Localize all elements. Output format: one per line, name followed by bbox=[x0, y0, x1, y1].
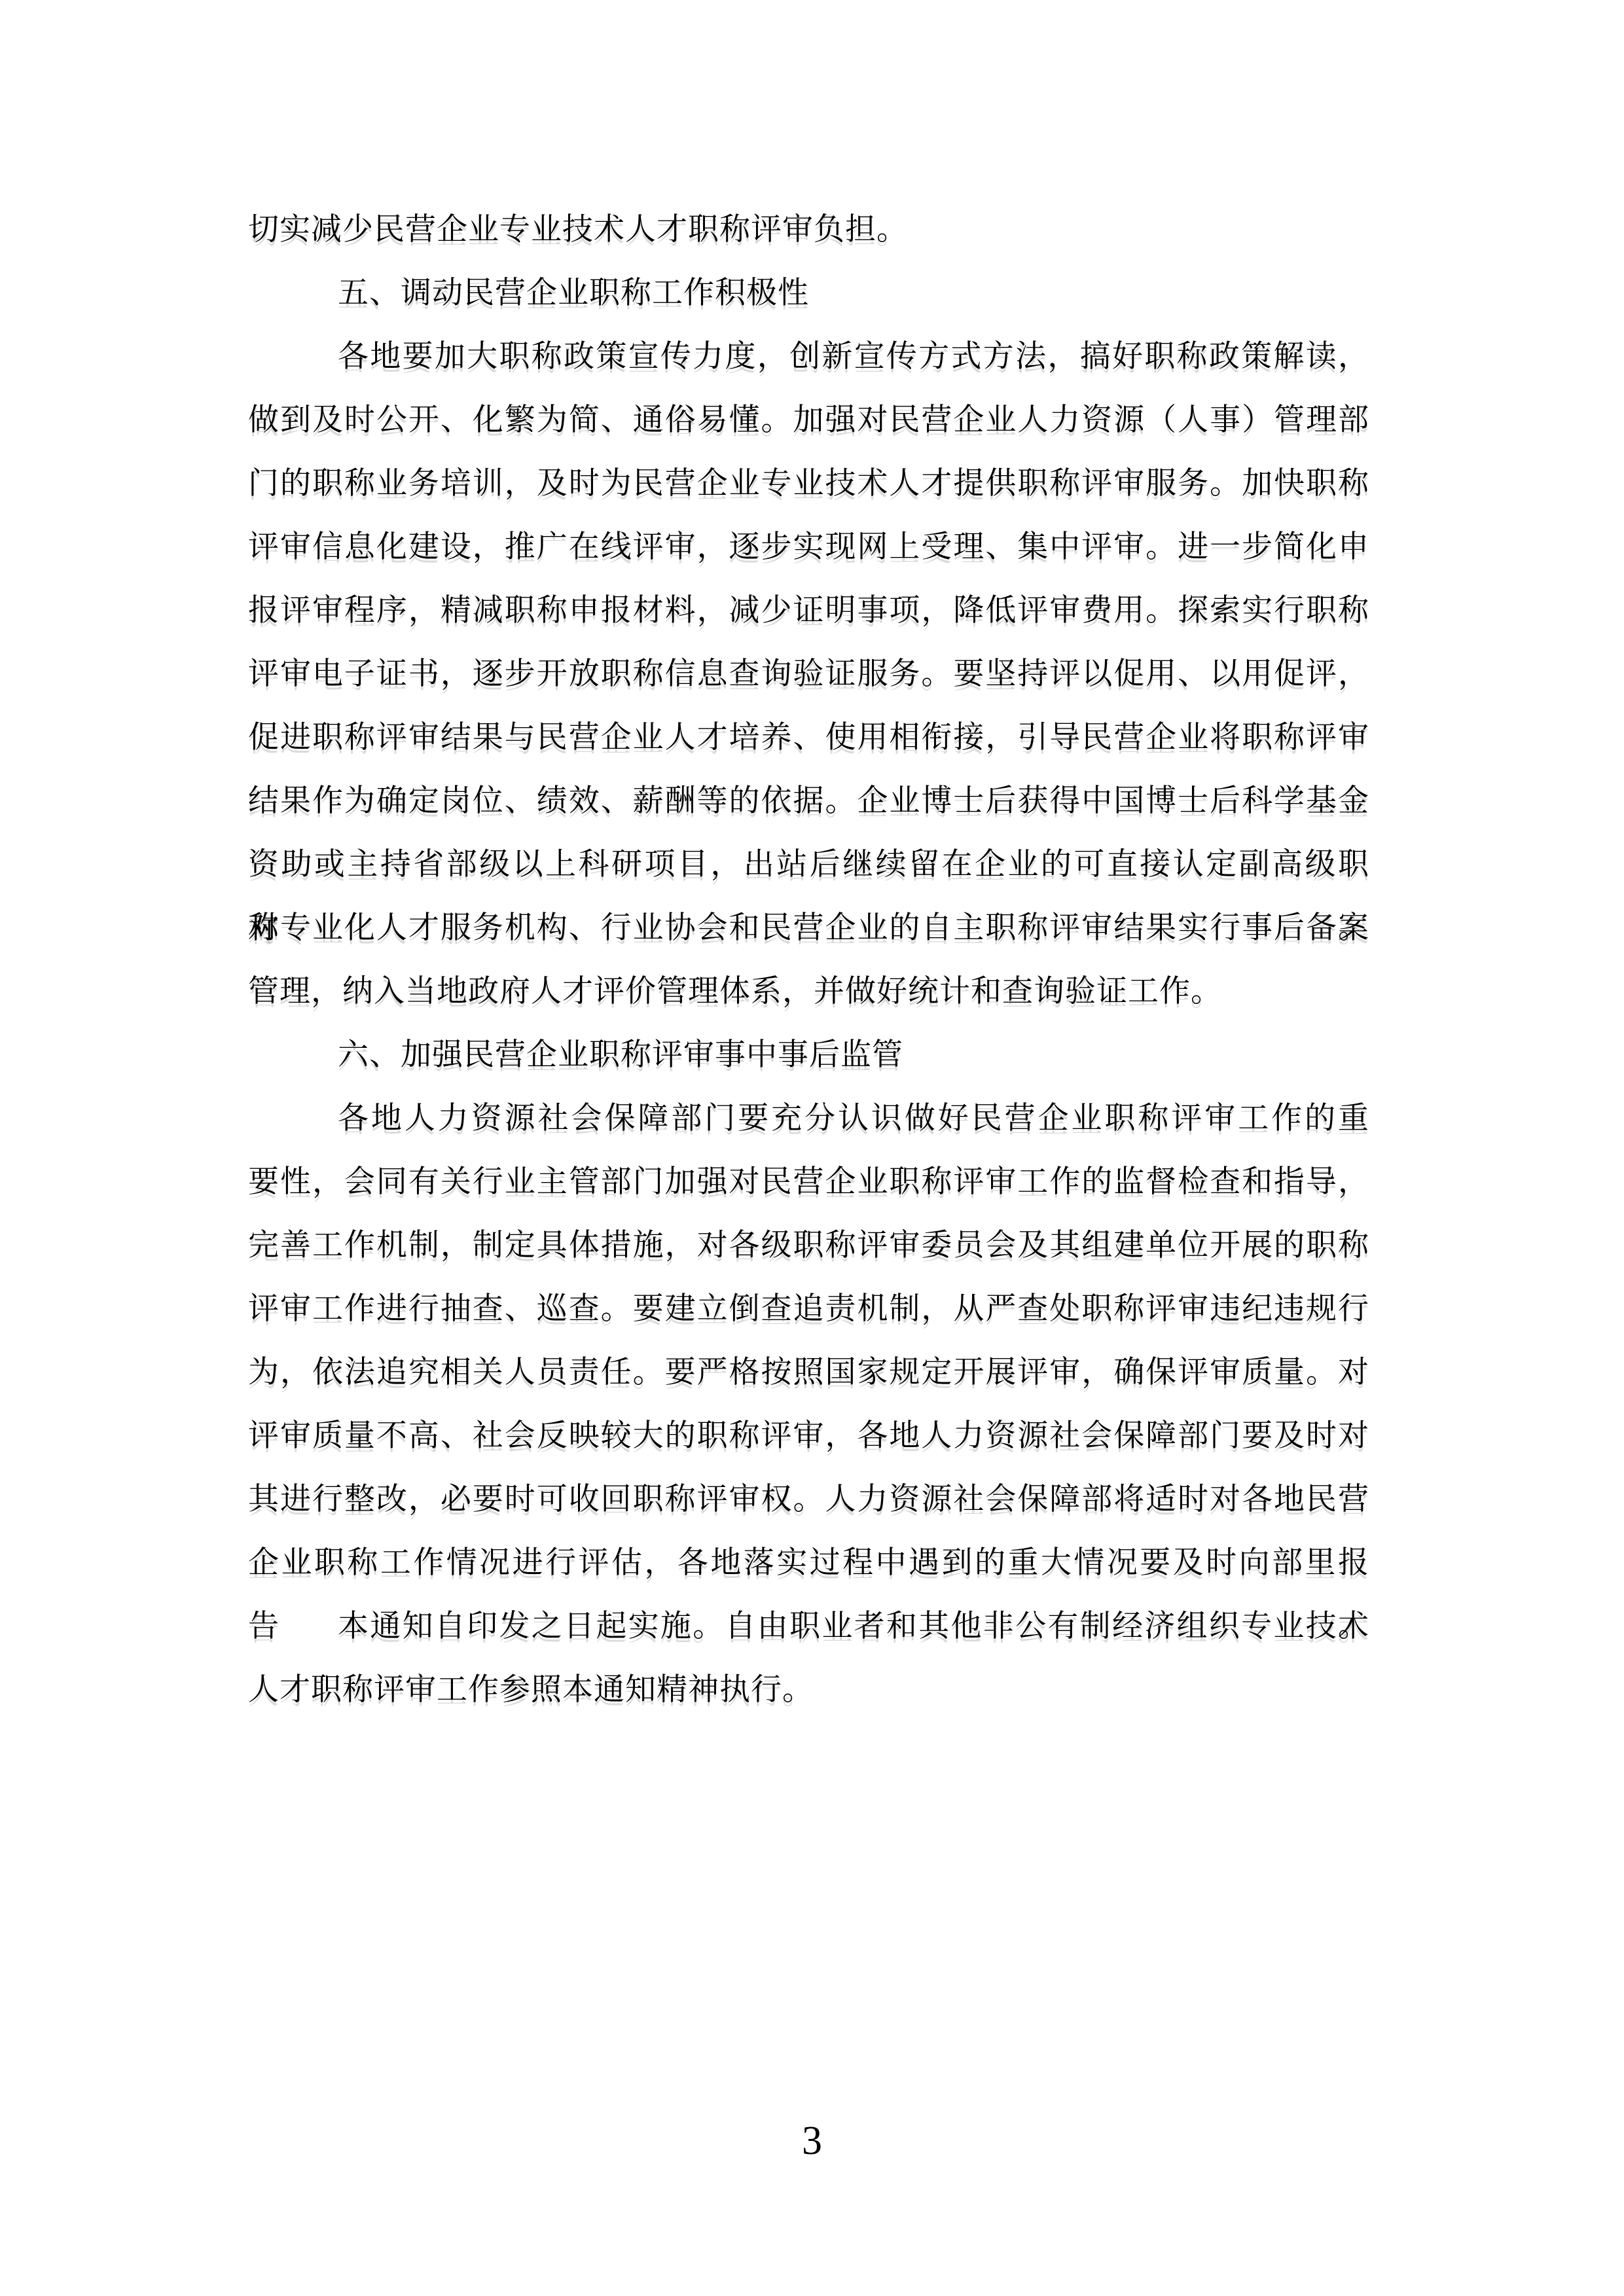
text-line: 企业职称工作情况进行评估，各地落实过程中遇到的重大情况要及时向部里报告。 bbox=[248, 1532, 1369, 1595]
text-line: 要性，会同有关行业主管部门加强对民营企业职称评审工作的监督检查和指导， bbox=[248, 1151, 1369, 1214]
document-body: 切实减少民营企业专业技术人才职称评审负担。 五、调动民营企业职称工作积极性 各地… bbox=[248, 198, 1369, 1722]
document-page: 切实减少民营企业专业技术人才职称评审负担。 五、调动民营企业职称工作积极性 各地… bbox=[0, 0, 1624, 2296]
text-line: 门的职称业务培训，及时为民营企业专业技术人才提供职称评审服务。加快职称 bbox=[248, 452, 1369, 516]
text-line: 其进行整改，必要时可收回职称评审权。人力资源社会保障部将适时对各地民营 bbox=[248, 1468, 1369, 1532]
text-line: 对专业化人才服务机构、行业协会和民营企业的自主职称评审结果实行事后备案 bbox=[248, 897, 1369, 960]
section-heading-6: 六、加强民营企业职称评审事中事后监管 bbox=[248, 1024, 1369, 1087]
text-line: 结果作为确定岗位、绩效、薪酬等的依据。企业博士后获得中国博士后科学基金 bbox=[248, 770, 1369, 833]
text-line: 评审质量不高、社会反映较大的职称评审，各地人力资源社会保障部门要及时对 bbox=[248, 1405, 1369, 1468]
text-line: 评审信息化建设，推广在线评审，逐步实现网上受理、集中评审。进一步简化申 bbox=[248, 516, 1369, 579]
text-line: 各地要加大职称政策宣传力度，创新宣传方式方法，搞好职称政策解读， bbox=[248, 325, 1369, 389]
text-line: 报评审程序，精减职称申报材料，减少证明事项，降低评审费用。探索实行职称 bbox=[248, 579, 1369, 643]
text-line: 完善工作机制，制定具体措施，对各级职称评审委员会及其组建单位开展的职称 bbox=[248, 1214, 1369, 1278]
text-line: 为，依法追究相关人员责任。要严格按照国家规定开展评审，确保评审质量。对 bbox=[248, 1341, 1369, 1405]
text-line: 促进职称评审结果与民营企业人才培养、使用相衔接，引导民营企业将职称评审 bbox=[248, 706, 1369, 770]
text-line: 人才职称评审工作参照本通知精神执行。 bbox=[248, 1659, 1369, 1722]
text-line: 评审工作进行抽查、巡查。要建立倒查追责机制，从严查处职称评审违纪违规行 bbox=[248, 1278, 1369, 1341]
text-line: 做到及时公开、化繁为简、通俗易懂。加强对民营企业人力资源（人事）管理部 bbox=[248, 389, 1369, 452]
text-line: 切实减少民营企业专业技术人才职称评审负担。 bbox=[248, 198, 1369, 262]
text-line: 本通知自印发之日起实施。自由职业者和其他非公有制经济组织专业技术 bbox=[248, 1595, 1369, 1659]
text-line: 资助或主持省部级以上科研项目，出站后继续留在企业的可直接认定副高级职称。 bbox=[248, 833, 1369, 897]
section-heading-5: 五、调动民营企业职称工作积极性 bbox=[248, 262, 1369, 325]
text-line: 各地人力资源社会保障部门要充分认识做好民营企业职称评审工作的重 bbox=[248, 1087, 1369, 1151]
page-number: 3 bbox=[0, 2121, 1624, 2161]
text-line: 评审电子证书，逐步开放职称信息查询验证服务。要坚持评以促用、以用促评， bbox=[248, 643, 1369, 706]
text-line: 管理，纳入当地政府人才评价管理体系，并做好统计和查询验证工作。 bbox=[248, 960, 1369, 1024]
